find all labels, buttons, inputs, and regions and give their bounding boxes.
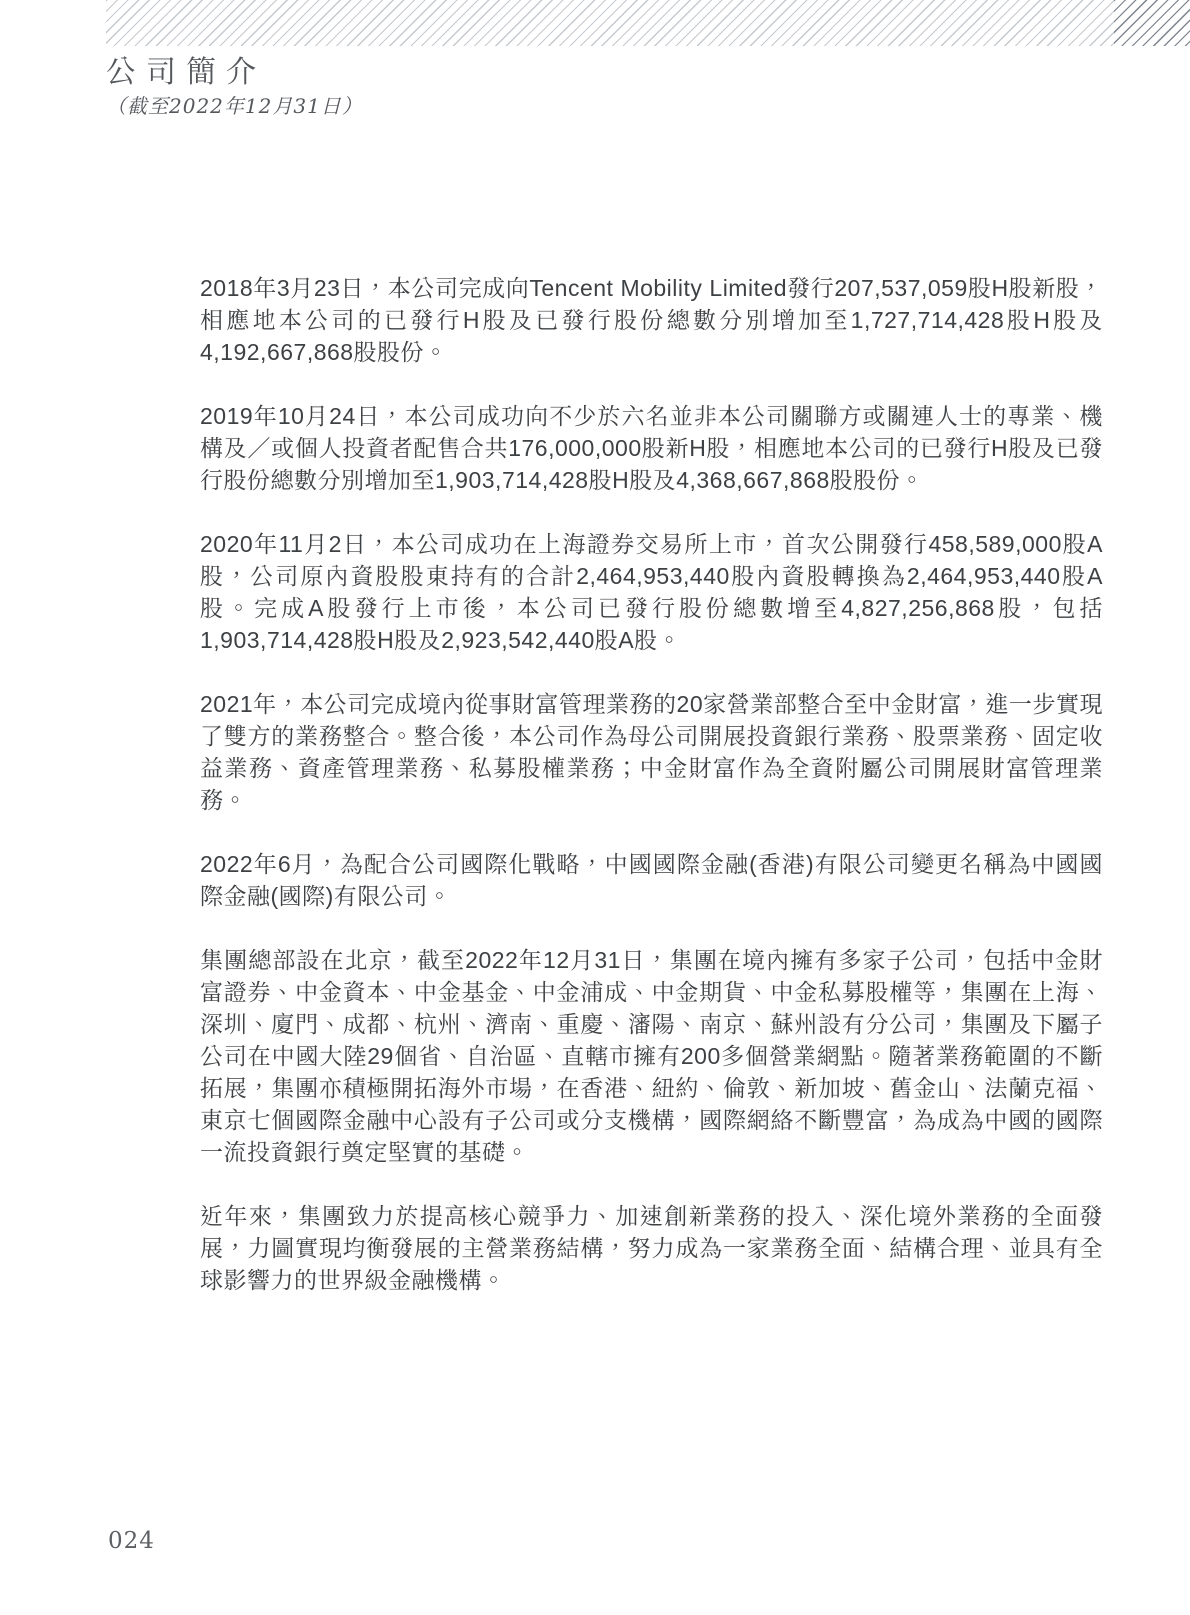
body-paragraph: 集團總部設在北京，截至2022年12月31日，集團在境內擁有多家子公司，包括中金… — [200, 944, 1103, 1168]
diagonal-hatch-banner-accent — [1114, 0, 1190, 46]
body-paragraph: 2019年10月24日，本公司成功向不少於六名並非本公司關聯方或關連人士的專業、… — [200, 400, 1103, 496]
body-paragraph: 2018年3月23日，本公司完成向Tencent Mobility Limite… — [200, 272, 1103, 368]
document-page: 公司簡介 （截至2022年12月31日） 2018年3月23日，本公司完成向Te… — [0, 0, 1190, 1615]
body-paragraph: 2020年11月2日，本公司成功在上海證券交易所上市，首次公開發行458,589… — [200, 528, 1103, 656]
body-paragraph: 2021年，本公司完成境內從事財富管理業務的20家營業部整合至中金財富，進一步實… — [200, 688, 1103, 816]
body-paragraph: 近年來，集團致力於提高核心競爭力、加速創新業務的投入、深化境外業務的全面發展，力… — [200, 1200, 1103, 1296]
diagonal-hatch-banner — [106, 0, 1190, 46]
body-paragraph: 2022年6月，為配合公司國際化戰略，中國國際金融(香港)有限公司變更名稱為中國… — [200, 848, 1103, 912]
page-subtitle: （截至2022年12月31日） — [106, 94, 363, 118]
page-title: 公司簡介 — [106, 56, 363, 90]
page-number: 024 — [108, 1528, 155, 1554]
page-header: 公司簡介 （截至2022年12月31日） — [106, 56, 363, 118]
body-text-column: 2018年3月23日，本公司完成向Tencent Mobility Limite… — [200, 272, 1103, 1296]
